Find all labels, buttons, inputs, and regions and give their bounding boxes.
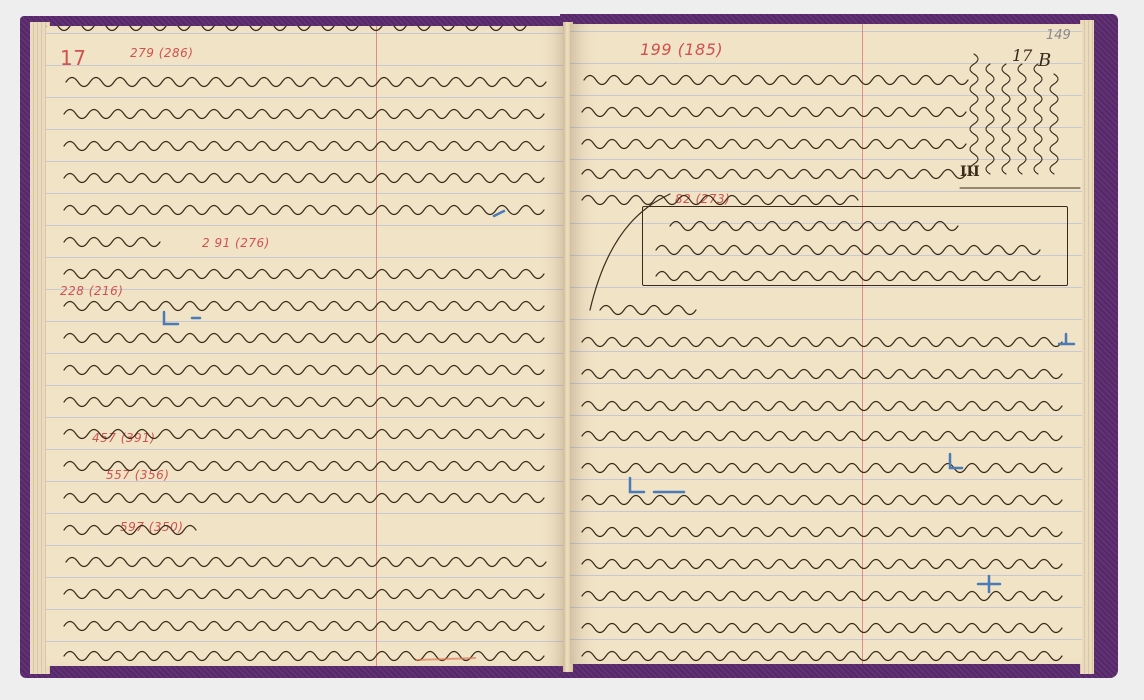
handwriting-right [570,24,1082,664]
margin-page-ref: 17 [1012,46,1032,65]
handwriting-left [46,26,566,666]
manuscript-page-right: 149 199 (185) 82 (273) [570,24,1082,664]
section-numeral: III [960,164,980,180]
manuscript-page-left: 17 279 (286) 2 91 (276) 228 (216) 457 (3… [46,26,566,666]
page-edges-right [1080,20,1094,674]
margin-mark: B [1038,50,1051,71]
